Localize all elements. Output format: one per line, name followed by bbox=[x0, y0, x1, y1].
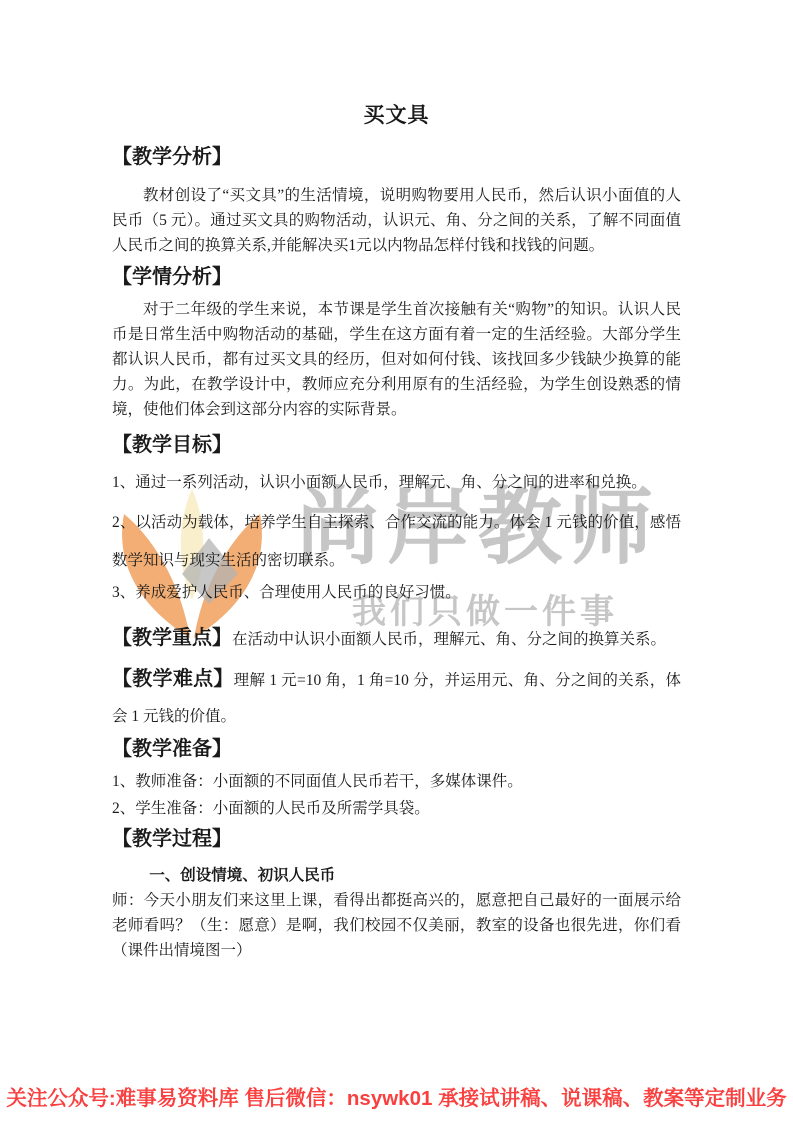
preparation-item-1: 1、教师准备：小面额的不同面值人民币若干，多媒体课件。 bbox=[112, 769, 681, 794]
document-page: 尚岸教师 我们只做一件事 买文具 【教学分析】 教材创设了“买文具”的生活情境，… bbox=[0, 0, 793, 1122]
learner-analysis-paragraph: 对于二年级的学生来说，本节课是学生首次接触有关“购物”的知识。认识人民币是日常生… bbox=[112, 297, 681, 422]
teaching-analysis-paragraph: 教材创设了“买文具”的生活情境，说明购物要用人民币，然后认识小面值的人民币（5 … bbox=[112, 183, 681, 258]
document-content: 买文具 【教学分析】 教材创设了“买文具”的生活情境，说明购物要用人民币，然后认… bbox=[0, 0, 793, 1122]
section-heading-teaching-preparation: 【教学准备】 bbox=[112, 737, 681, 761]
key-point-label: 【教学重点】 bbox=[112, 627, 232, 649]
teaching-goal-item-2: 2、以活动为载体，培养学生自主探索、合作交流的能力。体会 1 元钱的价值，感悟数… bbox=[112, 504, 681, 580]
section-heading-teaching-analysis: 【教学分析】 bbox=[112, 145, 681, 169]
teaching-goal-item-3: 3、养成爱护人民币、合理使用人民币的良好习惯。 bbox=[112, 580, 681, 605]
key-point-text: 在活动中认识小面额人民币，理解元、角、分之间的换算关系。 bbox=[232, 631, 666, 648]
teaching-difficulty-line: 【教学难点】理解 1 元=10 角，1 角=10 分，并运用元、角、分之间的关系… bbox=[112, 661, 681, 735]
preparation-item-2: 2、学生准备：小面额的人民币及所需学具袋。 bbox=[112, 796, 681, 821]
section-heading-teaching-process: 【教学过程】 bbox=[112, 827, 681, 851]
process-step-1-paragraph: 师：今天小朋友们来这里上课，看得出都挺高兴的，愿意把自己最好的一面展示给老师看吗… bbox=[112, 888, 681, 963]
section-heading-learner-analysis: 【学情分析】 bbox=[112, 265, 681, 289]
section-heading-teaching-goals: 【教学目标】 bbox=[112, 433, 681, 457]
process-step-1-heading: 一、创设情境、初识人民币 bbox=[112, 863, 681, 888]
document-title: 买文具 bbox=[112, 102, 681, 128]
teaching-goal-item-1: 1、通过一系列活动，认识小面额人民币，理解元、角、分之间的进率和兑换。 bbox=[112, 470, 681, 495]
difficulty-label: 【教学难点】 bbox=[112, 668, 234, 690]
footer-promo-text: 关注公众号:难事易资料库 售后微信：nsywk01 承接试讲稿、说课稿、教案等定… bbox=[0, 1087, 793, 1111]
teaching-key-point-line: 【教学重点】在活动中认识小面额人民币，理解元、角、分之间的换算关系。 bbox=[112, 625, 681, 653]
